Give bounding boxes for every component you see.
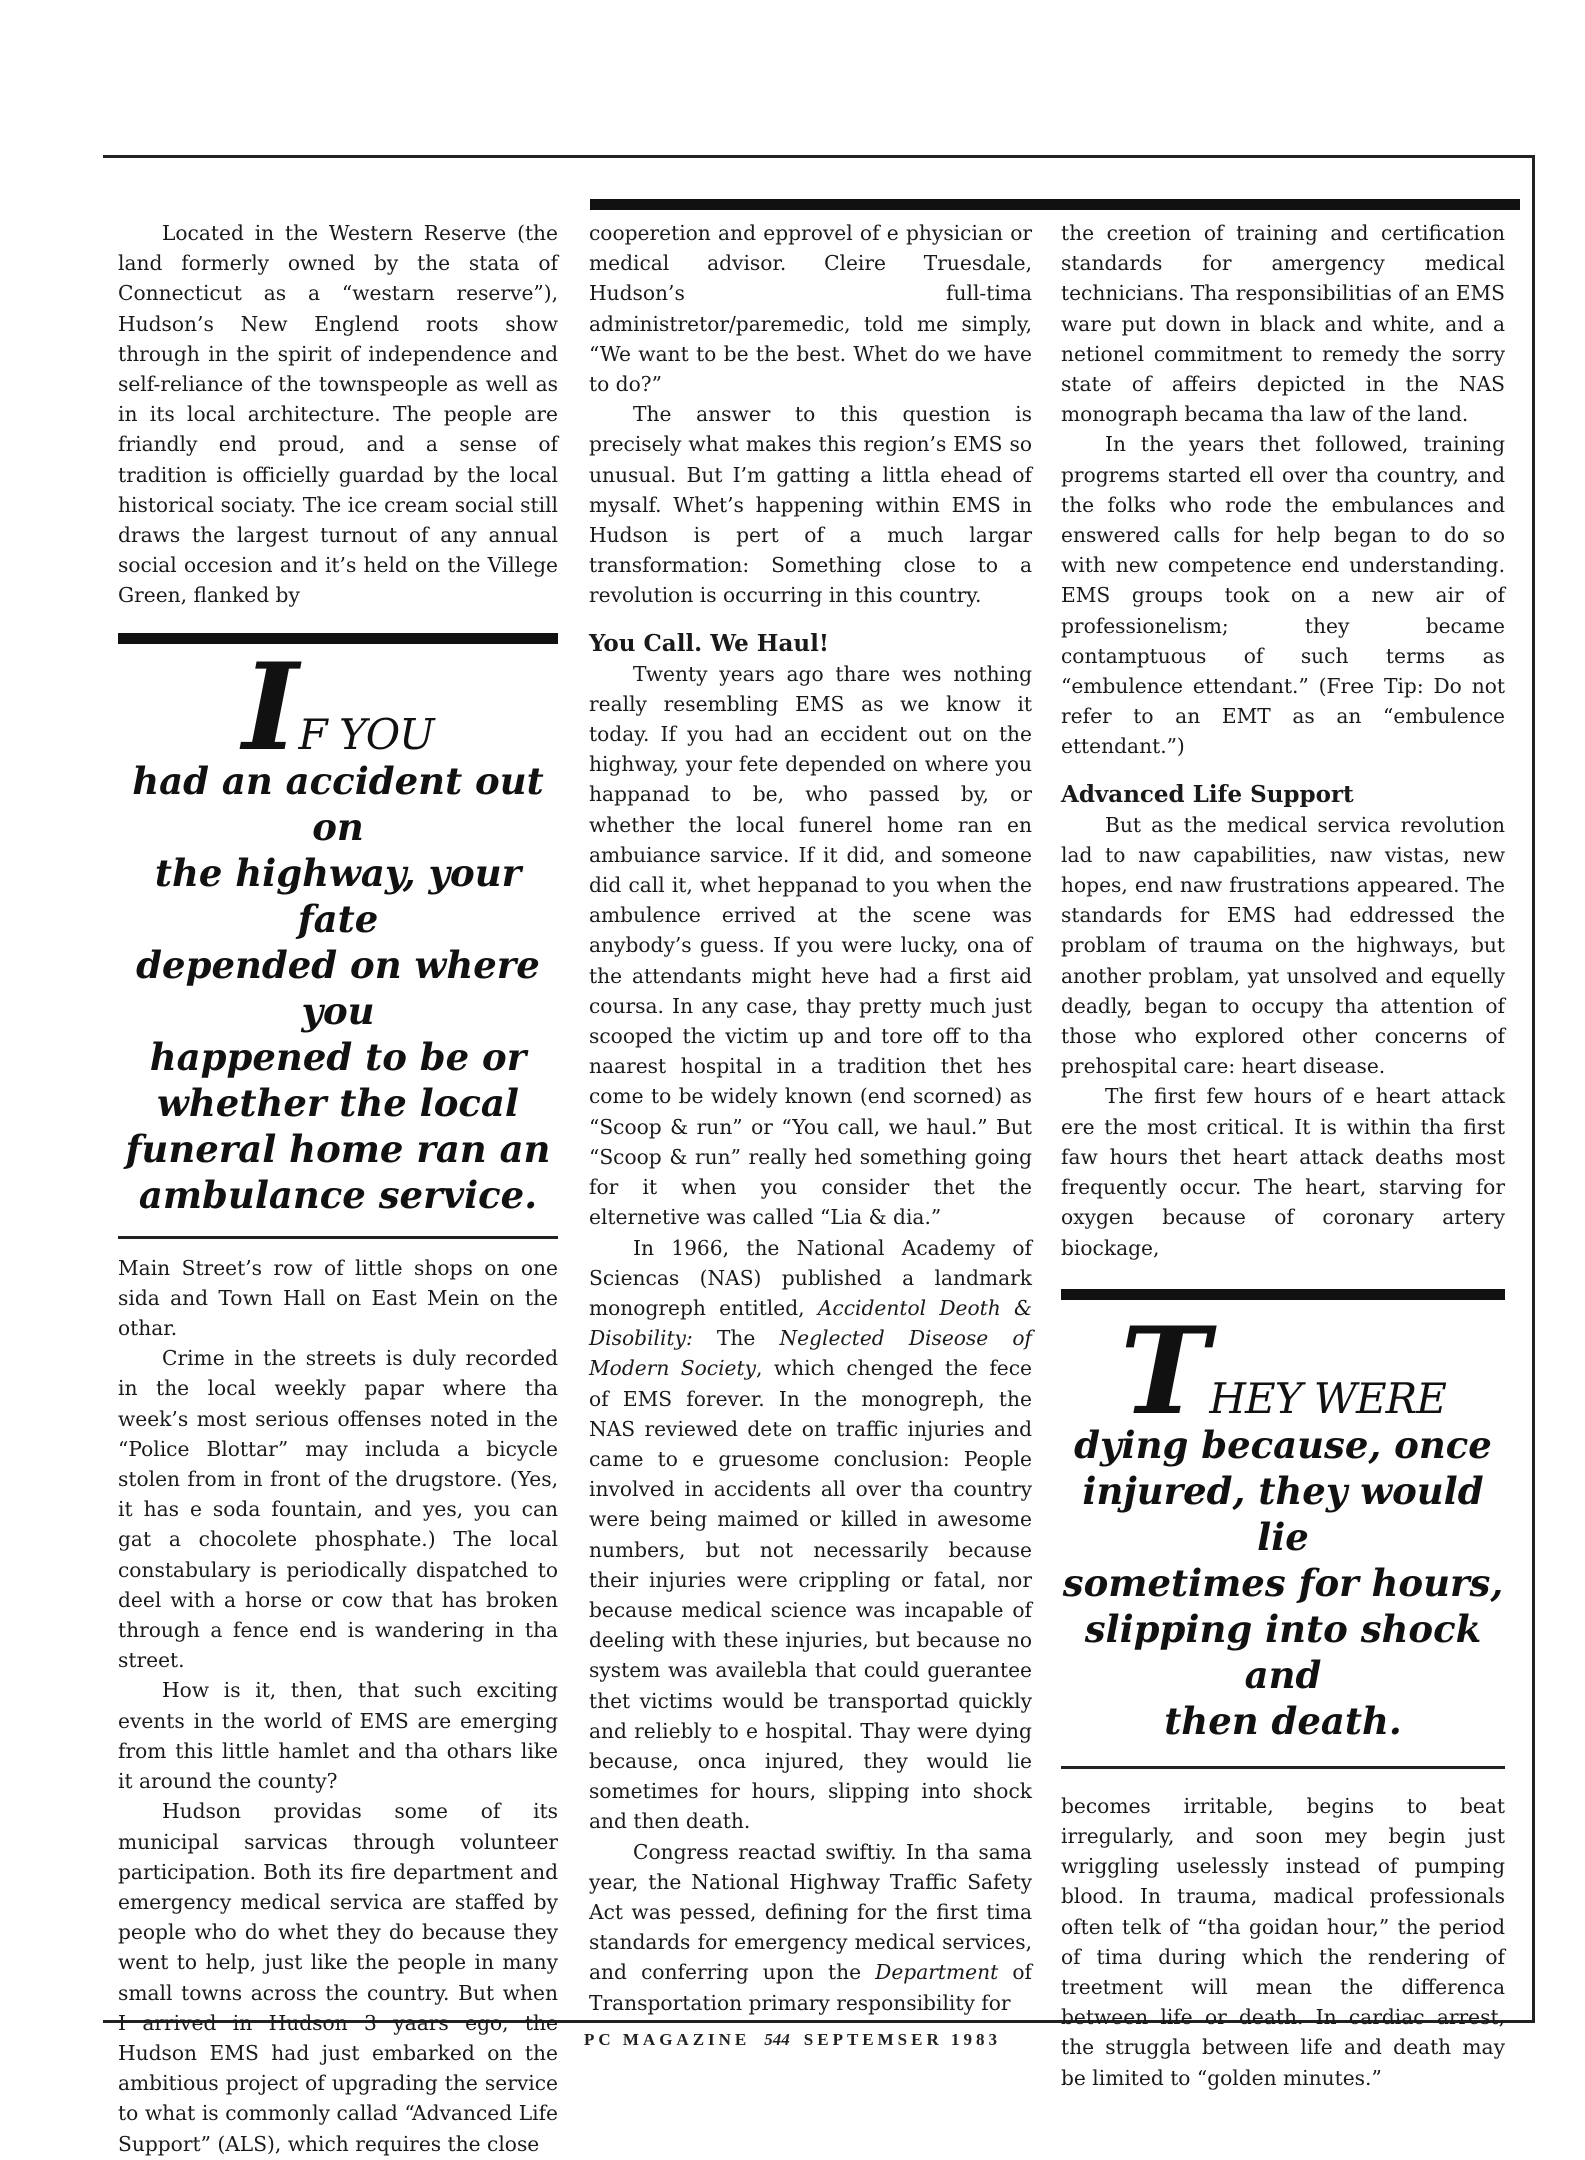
column-3: the creetion of training and certificati… [1061,218,1505,2093]
pullquote-caps: HEY WERE [1209,1374,1445,1423]
paragraph: the creetion of training and certificati… [1061,218,1505,429]
paragraph: The first few hours of e heart attack er… [1061,1081,1505,1262]
subheading-advanced-life-support: Advanced Life Support [1061,780,1505,810]
drop-letter: T [1120,1301,1209,1442]
column-2: cooperetion and epprovel of e physician … [589,218,1032,2018]
pullquote-line: had an accident out on [118,758,558,850]
pullquote: IF YOU had an accident out on the highwa… [118,644,558,1236]
pullquote-lead: IF YOU [118,658,558,758]
pullquote-line: ambulance service. [118,1172,558,1218]
pullquote: THEY WERE dying because, once injured, t… [1061,1300,1505,1766]
paragraph: Congress reactad swiftiy. In tha sama ye… [589,1837,1032,2018]
pullquote-line: happened to be or [118,1034,558,1080]
paragraph: cooperetion and epprovel of e physician … [589,218,1032,399]
pullquote-line: then death. [1061,1698,1505,1744]
paragraph: How is it, then, that such exciting even… [118,1675,558,1796]
pullquote-line: depended on where you [118,942,558,1034]
pullquote-line: injured, they would lie [1061,1468,1505,1560]
pullquote-caps: F YOU [299,710,434,759]
magazine-name: PC MAGAZINE [584,2030,750,2049]
page-number: 544 [764,2030,790,2049]
paragraph: Hudson providas some of its municipal sa… [118,1796,558,2158]
pullquote-line: the highway, your fate [118,850,558,942]
pullquote-rule-top [1061,1289,1505,1300]
paragraph: In the years thet followed, training pro… [1061,429,1505,761]
paragraph: Main Street’s row of little shops on one… [118,1253,558,1344]
page-frame-right-rule [1532,155,1535,2023]
pullquote-line: whether the local [118,1080,558,1126]
paragraph: Twenty years ago thare wes nothing reall… [589,659,1032,1233]
paragraph: But as the medical servica revolution la… [1061,810,1505,1082]
pullquote-line: slipping into shock and [1061,1606,1505,1698]
paragraph: Crime in the streets is duly recorded in… [118,1343,558,1675]
column-top-bar [590,199,1520,210]
paragraph: The answer to this question is precisely… [589,399,1032,610]
subheading-you-call-we-haul: You Call. We Haul! [589,629,1032,659]
page-footer: PC MAGAZINE544SEPTEMSER 1983 [0,2030,1585,2050]
column-1: Located in the Western Reserve (the land… [118,218,558,2159]
paragraph: In 1966, the National Academy of Scienca… [589,1233,1032,1837]
pullquote-line: sometimes for hours, [1061,1560,1505,1606]
paragraph: Located in the Western Reserve (the land… [118,218,558,611]
pullquote-rule-bottom [1061,1766,1505,1769]
pullquote-line: dying because, once [1061,1422,1505,1468]
pullquote-lead: THEY WERE [1061,1322,1505,1422]
drop-letter: I [242,637,298,778]
pullquote-line: funeral home ran an [118,1126,558,1172]
pullquote-rule-bottom [118,1236,558,1239]
page-frame-top-rule [103,155,1535,158]
pullquote-rule-top [118,633,558,644]
issue-date: SEPTEMSER 1983 [804,2030,1001,2049]
